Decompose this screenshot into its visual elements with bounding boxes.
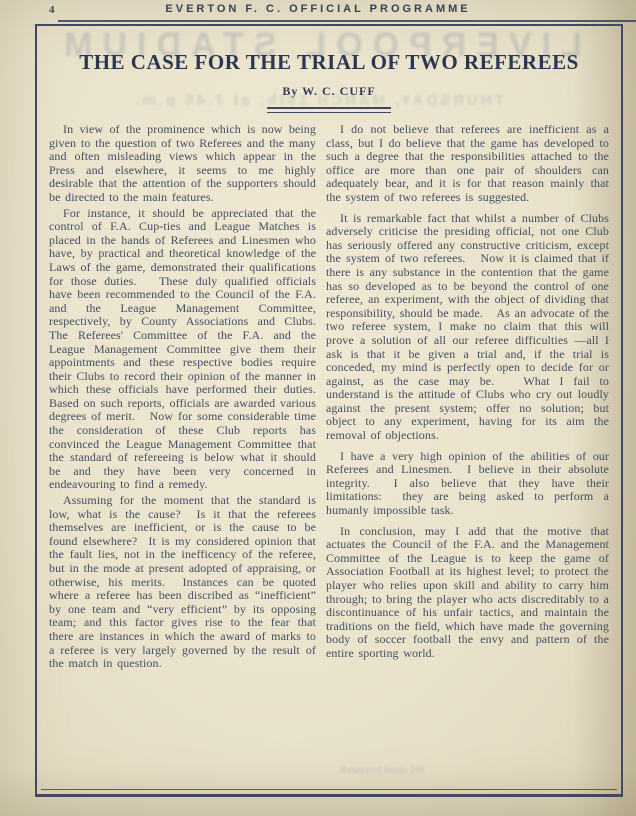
programme-page: LIVERPOOL STADIUM THURSDAY, MARCH 16th, …: [0, 0, 636, 816]
article-byline: By W. C. CUFF: [37, 84, 621, 99]
box-inner-bottom-rule: [41, 789, 617, 790]
article-column-right: I do not believe that referees are ineff…: [326, 123, 609, 668]
article-column-left: In view of the prominence which is now b…: [49, 123, 316, 673]
header-rule: [58, 20, 636, 22]
paragraph-right-2: It is remarkable fact that whilst a numb…: [326, 212, 609, 443]
paragraph-left-2: For instance, it should be appreciated t…: [49, 207, 316, 492]
byline-divider: [267, 107, 391, 113]
paragraph-right-1: I do not believe that referees are ineff…: [326, 123, 609, 205]
paragraph-right-3: I have a very high opinion of the abilit…: [326, 450, 609, 518]
article-title: THE CASE FOR THE TRIAL OF TWO REFEREES: [37, 50, 621, 75]
paragraph-left-3: Assuming for the moment that the standar…: [49, 494, 316, 671]
paragraph-right-4: In conclusion, may I add that the motive…: [326, 525, 609, 661]
header-title: EVERTON F. C. OFFICIAL PROGRAMME: [0, 3, 636, 15]
paragraph-left-1: In view of the prominence which is now b…: [49, 123, 316, 205]
article-box: THE CASE FOR THE TRIAL OF TWO REFEREES B…: [35, 24, 623, 797]
